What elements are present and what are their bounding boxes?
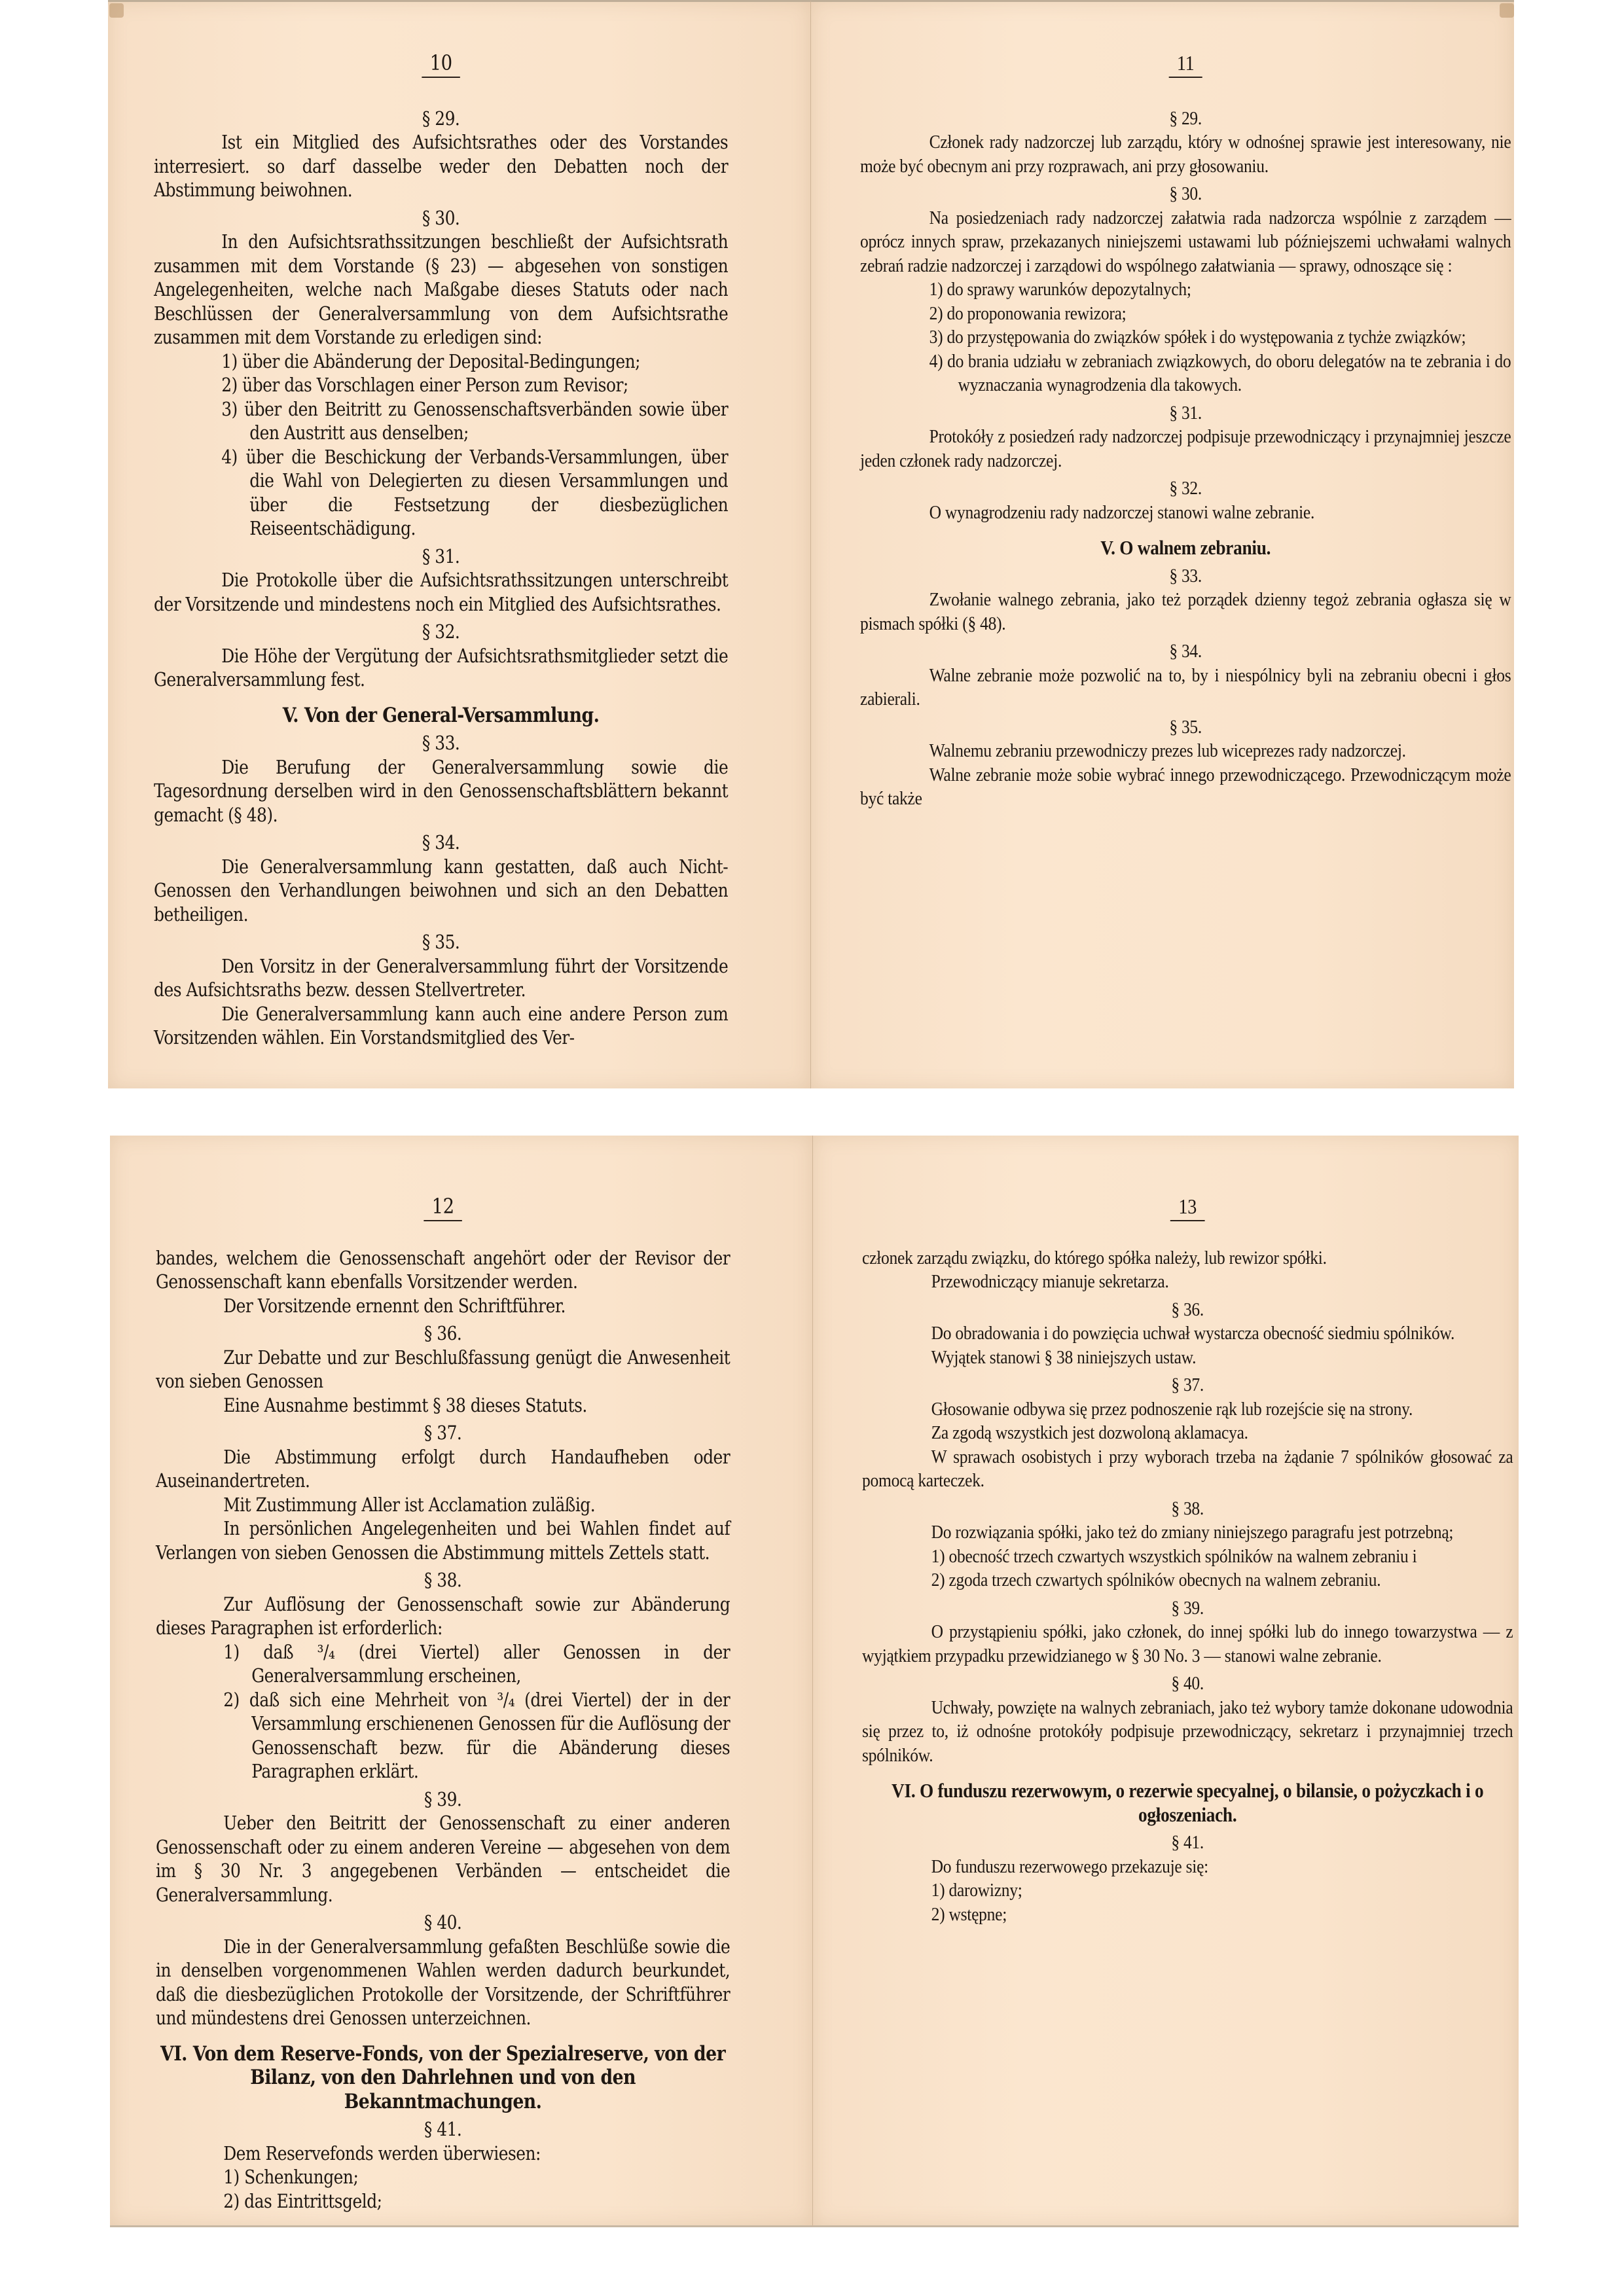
section-heading: § 38. xyxy=(862,1497,1513,1521)
paragraph: Zur Debatte und zur Beschlußfassung genü… xyxy=(156,1346,730,1393)
page-number: 10 xyxy=(154,51,728,78)
page-number: 12 xyxy=(156,1194,730,1221)
paragraph: Za zgodą wszystkich jest dozwoloną aklam… xyxy=(862,1421,1513,1445)
paragraph: Walnemu zebraniu przewodniczy prezes lub… xyxy=(860,739,1511,763)
paragraph: Na posiedzeniach rady nadzorczej załatwi… xyxy=(860,206,1511,278)
list-item: 4) über die Beschickung der Verbands-Ver… xyxy=(154,445,728,541)
list-item: 1) darowizny; xyxy=(862,1878,1513,1903)
paragraph: Die Generalversammlung kann auch eine an… xyxy=(154,1002,728,1050)
chapter-heading: VI. Von dem Reserve-Fonds, von der Spezi… xyxy=(156,2042,730,2114)
section-heading: § 35. xyxy=(860,715,1511,740)
paragraph: In persönlichen Angelegenheiten und bei … xyxy=(156,1516,730,1564)
section-heading: § 40. xyxy=(156,1910,730,1935)
paragraph: Głosowanie odbywa się przez podnoszenie … xyxy=(862,1397,1513,1422)
paragraph: Die in der Generalversammlung gefaßten B… xyxy=(156,1935,730,2030)
list-item: 2) zgoda trzech czwartych spólników obec… xyxy=(862,1568,1513,1592)
paragraph: Przewodniczący mianuje sekretarza. xyxy=(862,1270,1513,1294)
list-item: 1) über die Abänderung der Deposital-Bed… xyxy=(154,350,728,374)
section-heading: § 33. xyxy=(154,731,728,755)
worn-corner xyxy=(1500,3,1514,18)
page-text: 12bandes, welchem die Genossenschaft ang… xyxy=(156,1194,730,2213)
page-text: 10§ 29.Ist ein Mitglied des Aufsichtsrat… xyxy=(154,51,728,1050)
page-11: 11§ 29.Członek rady nadzorczej lub zarzą… xyxy=(811,0,1514,1088)
list-item: 1) obecność trzech czwartych wszystkich … xyxy=(862,1545,1513,1569)
section-heading: § 36. xyxy=(862,1298,1513,1322)
paragraph: Die Generalversammlung kann gestatten, d… xyxy=(154,855,728,927)
paragraph: In den Aufsichtsrathssitzungen beschließ… xyxy=(154,230,728,350)
section-heading: § 31. xyxy=(860,401,1511,425)
paragraph: Den Vorsitz in der Generalversammlung fü… xyxy=(154,954,728,1002)
section-heading: § 40. xyxy=(862,1672,1513,1696)
page-13: 13członek zarządu związku, do którego sp… xyxy=(813,1136,1519,2227)
paragraph: Do funduszu rezerwowego przekazuje się: xyxy=(862,1855,1513,1879)
section-heading: § 41. xyxy=(156,2117,730,2142)
list-item: 1) do sprawy warunków depozytalnych; xyxy=(860,278,1511,302)
paragraph: Walne zebranie może sobie wybrać innego … xyxy=(860,763,1511,811)
paragraph: Der Vorsitzende ernennt den Schriftführe… xyxy=(156,1294,730,1318)
paragraph-continued: bandes, welchem die Genossenschaft angeh… xyxy=(156,1246,730,1294)
chapter-heading: VI. O funduszu rezerwowym, o rezerwie sp… xyxy=(862,1779,1513,1827)
paragraph: Die Protokolle über die Aufsichtsrathssi… xyxy=(154,568,728,616)
paragraph-continued: członek zarządu związku, do którego spół… xyxy=(862,1246,1513,1270)
paragraph: Mit Zustimmung Aller ist Acclamation zul… xyxy=(156,1493,730,1517)
section-heading: § 37. xyxy=(862,1373,1513,1397)
paragraph: Zwołanie walnego zebrania, jako też porz… xyxy=(860,588,1511,636)
section-heading: § 30. xyxy=(154,206,728,230)
section-heading: § 33. xyxy=(860,564,1511,588)
paragraph: O przystąpieniu spółki, jako członek, do… xyxy=(862,1620,1513,1668)
paragraph: Walne zebranie może pozwolić na to, by i… xyxy=(860,664,1511,711)
section-heading: § 32. xyxy=(860,476,1511,501)
page-text: 11§ 29.Członek rady nadzorczej lub zarzą… xyxy=(860,51,1511,811)
section-heading: § 39. xyxy=(862,1596,1513,1621)
section-heading: § 29. xyxy=(860,107,1511,131)
list-item: 2) do proponowania rewizora; xyxy=(860,302,1511,326)
paragraph: Ist ein Mitglied des Aufsichtsrathes ode… xyxy=(154,130,728,202)
paragraph: Do obradowania i do powzięcia uchwał wys… xyxy=(862,1321,1513,1346)
paragraph: Wyjątek stanowi § 38 niniejszych ustaw. xyxy=(862,1346,1513,1370)
paragraph: Uchwały, powzięte na walnych zebraniach,… xyxy=(862,1696,1513,1768)
section-heading: § 35. xyxy=(154,930,728,954)
spread-pages-12-13: 12bandes, welchem die Genossenschaft ang… xyxy=(110,1136,1519,2225)
section-heading: § 30. xyxy=(860,182,1511,206)
paragraph: W sprawach osobistych i przy wyborach tr… xyxy=(862,1445,1513,1493)
worn-corner xyxy=(109,3,124,18)
paragraph: Zur Auflösung der Genossenschaft sowie z… xyxy=(156,1592,730,1640)
paragraph: Członek rady nadzorczej lub zarządu, któ… xyxy=(860,130,1511,178)
section-heading: § 37. xyxy=(156,1421,730,1445)
list-item: 2) das Eintrittsgeld; xyxy=(156,2189,730,2214)
chapter-heading: V. Von der General-Versammlung. xyxy=(154,704,728,728)
paragraph: O wynagrodzeniu rady nadzorczej stanowi … xyxy=(860,501,1511,525)
section-heading: § 38. xyxy=(156,1568,730,1592)
paragraph: Do rozwiązania spółki, jako też do zmian… xyxy=(862,1520,1513,1545)
list-item: 3) über den Beitritt zu Genossenschaftsv… xyxy=(154,397,728,445)
paragraph: Die Höhe der Vergütung der Aufsichtsrath… xyxy=(154,644,728,692)
list-item: 2) über das Vorschlagen einer Person zum… xyxy=(154,373,728,397)
page-number: 13 xyxy=(862,1194,1513,1221)
list-item: 2) wstępne; xyxy=(862,1903,1513,1927)
page-10: 10§ 29.Ist ein Mitglied des Aufsichtsrat… xyxy=(108,0,811,1088)
section-heading: § 36. xyxy=(156,1321,730,1346)
paragraph: Die Abstimmung erfolgt durch Handaufhebe… xyxy=(156,1445,730,1493)
section-heading: § 29. xyxy=(154,107,728,131)
list-item: 1) Schenkungen; xyxy=(156,2165,730,2189)
list-item: 1) daß ³/₄ (drei Viertel) aller Genossen… xyxy=(156,1640,730,1688)
list-item: 4) do brania udziału w zebraniach związk… xyxy=(860,350,1511,397)
paragraph: Eine Ausnahme bestimmt § 38 dieses Statu… xyxy=(156,1393,730,1418)
page-text: 13członek zarządu związku, do którego sp… xyxy=(862,1194,1513,1926)
section-heading: § 41. xyxy=(862,1831,1513,1855)
paragraph: Ueber den Beitritt der Genossenschaft zu… xyxy=(156,1811,730,1907)
list-item: 2) daß sich eine Mehrheit von ³/₄ (drei … xyxy=(156,1688,730,1784)
paragraph: Dem Reservefonds werden überwiesen: xyxy=(156,2142,730,2166)
paragraph: Protokóły z posiedzeń rady nadzorczej po… xyxy=(860,425,1511,473)
section-heading: § 34. xyxy=(860,639,1511,664)
page-number: 11 xyxy=(860,51,1511,78)
page-12: 12bandes, welchem die Genossenschaft ang… xyxy=(110,1136,813,2227)
section-heading: § 32. xyxy=(154,620,728,644)
section-heading: § 39. xyxy=(156,1787,730,1812)
spread-pages-10-11: 10§ 29.Ist ein Mitglied des Aufsichtsrat… xyxy=(108,0,1514,1086)
chapter-heading: V. O walnem zebraniu. xyxy=(860,536,1511,560)
paragraph: Die Berufung der Generalversammlung sowi… xyxy=(154,755,728,827)
list-item: 3) do przystępowania do związków spółek … xyxy=(860,325,1511,350)
section-heading: § 34. xyxy=(154,831,728,855)
section-heading: § 31. xyxy=(154,545,728,569)
